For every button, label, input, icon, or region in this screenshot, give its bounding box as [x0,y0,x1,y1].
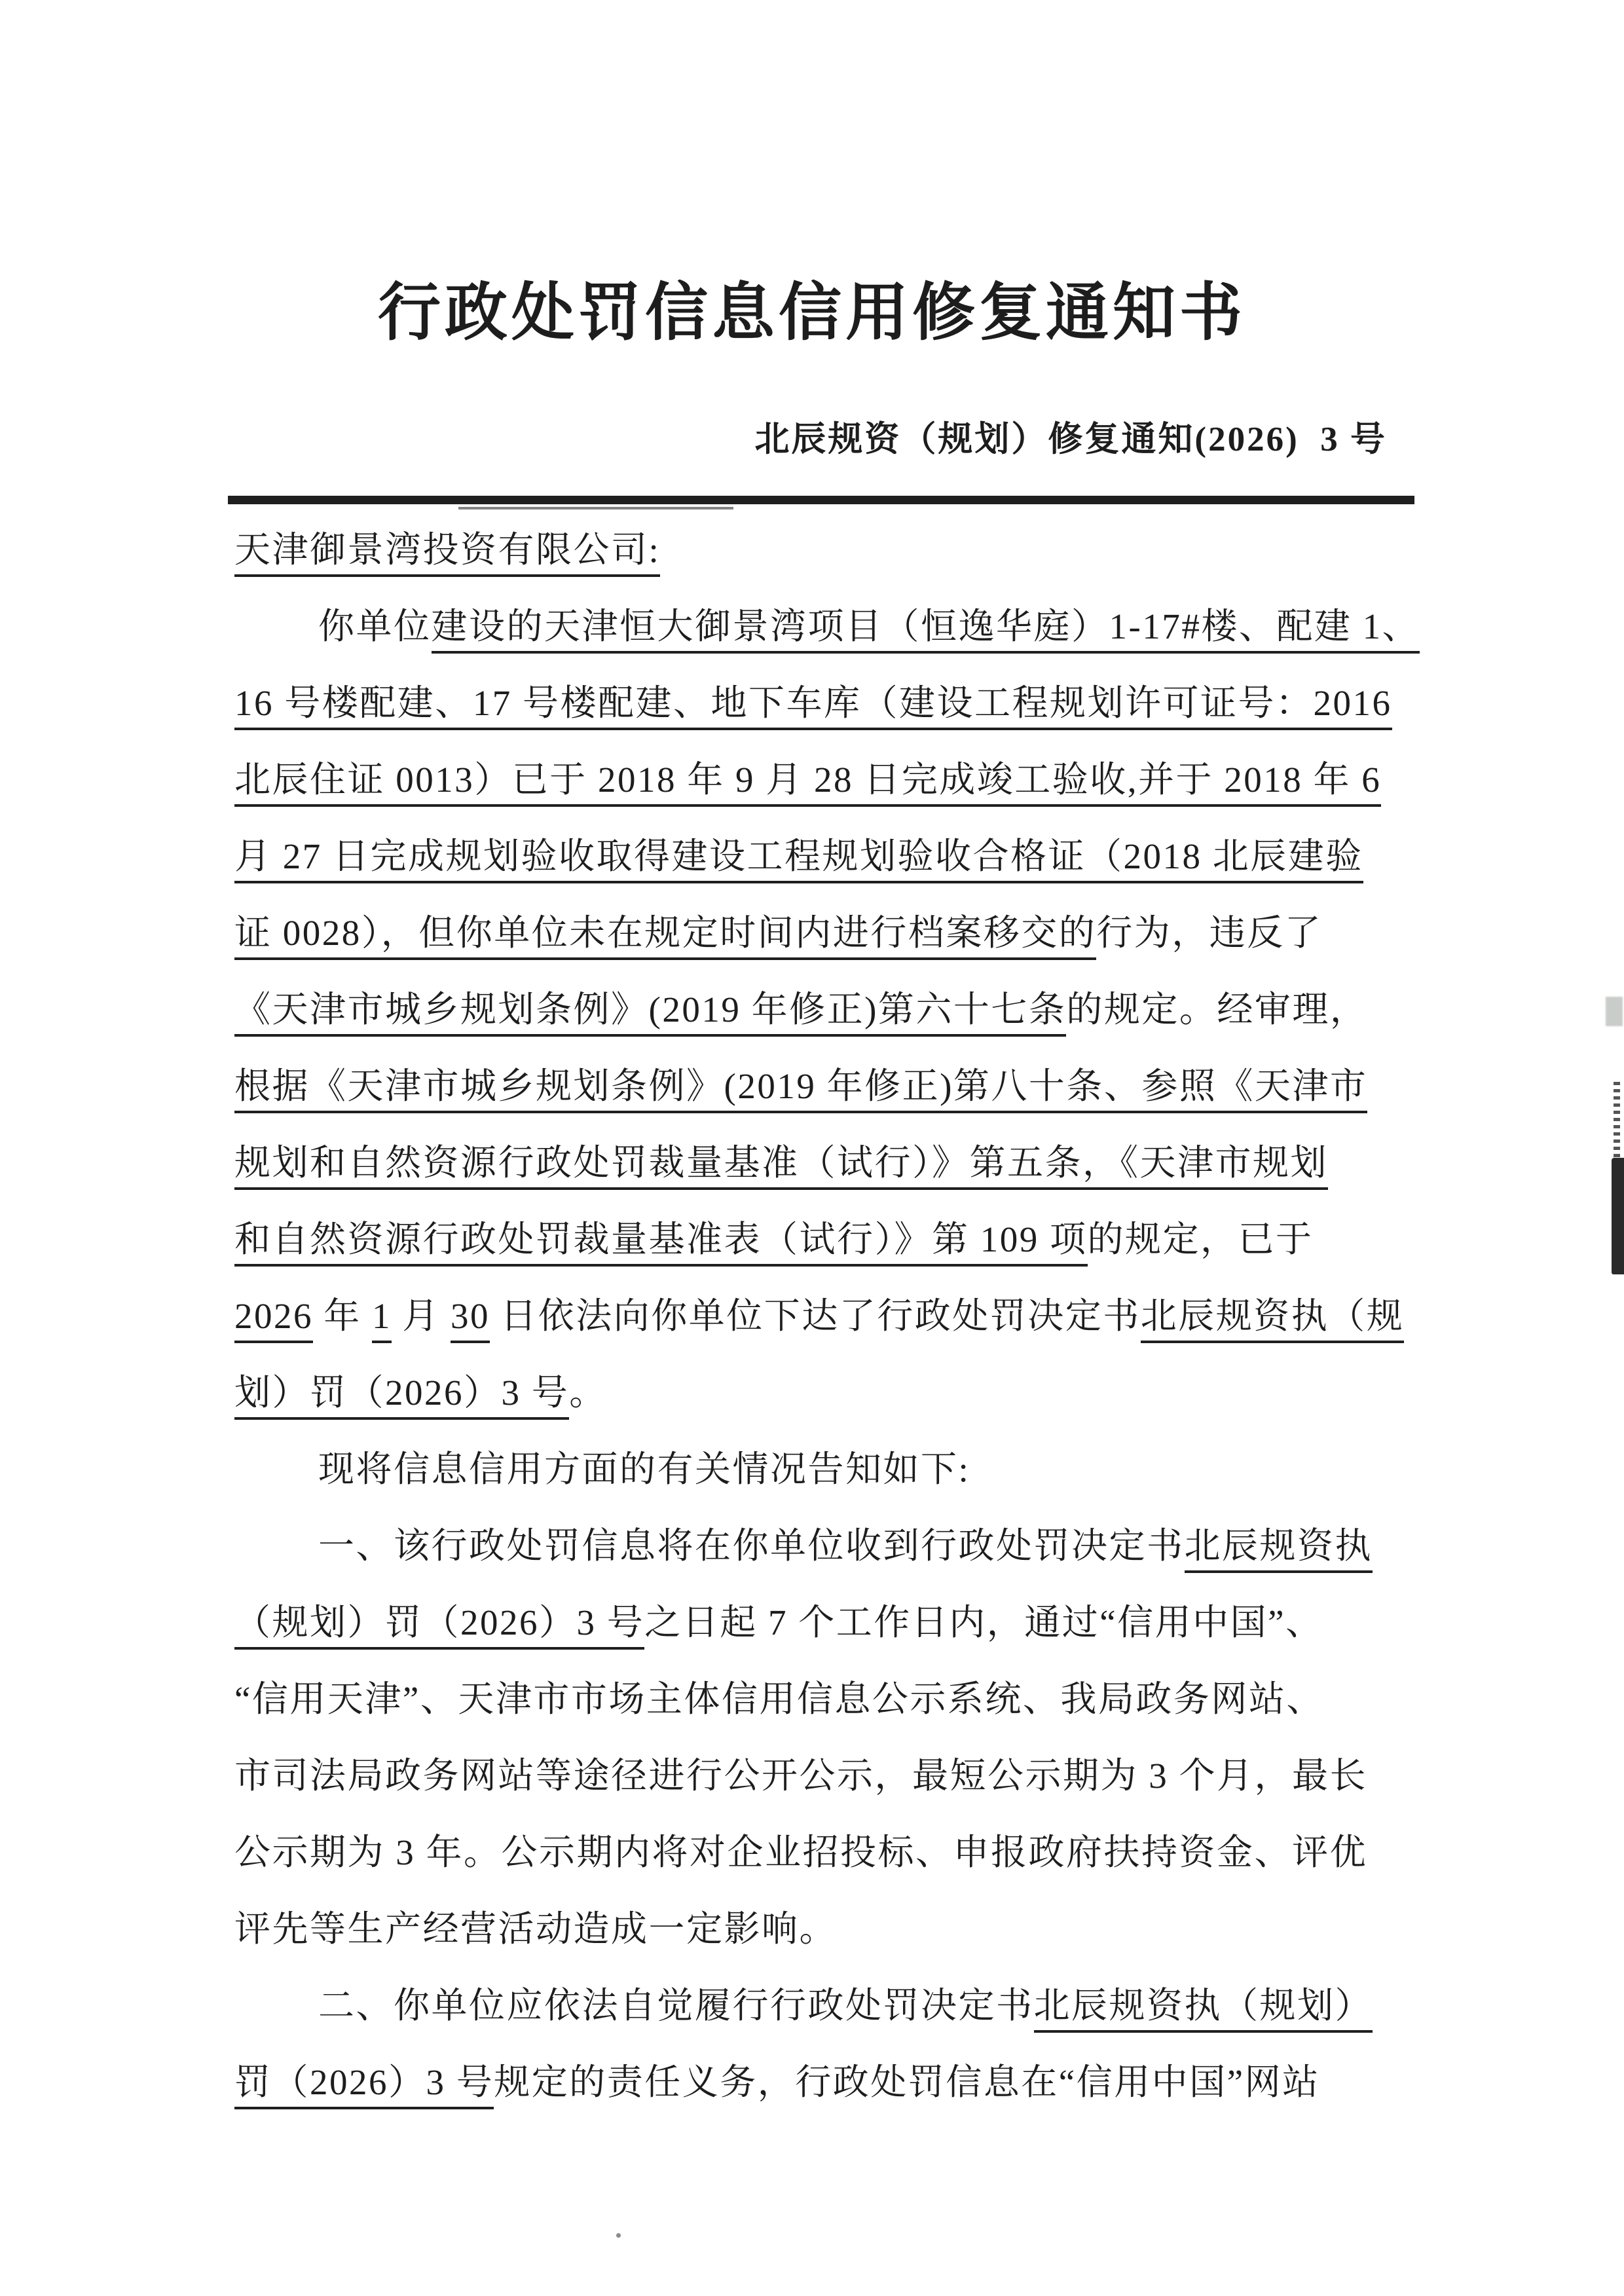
text-line: 评先等生产经营活动造成一定影响。 [234,1891,1395,1967]
underlined-text: 北辰住证 0013）已于 2018 年 9 月 28 日完成竣工验收,并于 20… [234,760,1381,807]
header-rule [228,496,1414,504]
text-segment: 。 [569,1373,607,1413]
underlined-text: 北辰规资执（规 [1141,1296,1405,1343]
scan-artifact-gray-patch [1606,997,1623,1026]
text-segment: 市司法局政务网站等途径进行公开公示，最短公示期为 3 个月，最长 [234,1756,1367,1796]
underlined-text: 2026 [234,1296,313,1343]
text-line: 公示期为 3 年。公示期内将对企业招投标、申报政府扶持资金、评优 [234,1814,1395,1891]
document-page: 行政处罚信息信用修复通知书 北辰规资（规划）修复通知(2026) 3 号 天津御… [0,0,1624,2296]
underlined-text: 北辰规资执（规划） [1034,1986,1373,2033]
scan-artifact-speck [616,2233,621,2238]
text-segment: 现将信息信用方面的有关情况告知如下: [318,1449,970,1489]
text-line: 规划和自然资源行政处罚裁量基准（试行）》第五条，《天津市规划 [234,1124,1395,1201]
text-segment: 的规定，已于 [1088,1219,1314,1259]
underlined-text: 《天津市城乡规划条例》(2019 年修正)第六十七条 [234,990,1066,1037]
underlined-text: 罚（2026）3 号 [234,2062,494,2109]
text-line: 《天津市城乡规划条例》(2019 年修正)第六十七条的规定。经审理， [234,971,1395,1048]
text-line: 北辰住证 0013）已于 2018 年 9 月 28 日完成竣工验收,并于 20… [234,741,1395,818]
text-segment: 一、该行政处罚信息将在你单位收到行政处罚决定书 [318,1526,1185,1566]
underlined-text: 根据《天津市城乡规划条例》(2019 年修正)第八十条、参照《天津市 [234,1066,1367,1113]
text-line: 罚（2026）3 号规定的责任义务，行政处罚信息在“信用中国”网站 [234,2044,1395,2120]
document-title: 行政处罚信息信用修复通知书 [0,277,1624,349]
text-line: 证 0028），但你单位未在规定时间内进行档案移交的行为，违反了 [234,895,1395,971]
text-segment: 你单位 [318,606,432,646]
text-line: 天津御景湾投资有限公司: [234,511,1395,588]
text-line: “信用天津”、天津市市场主体信用信息公示系统、我局政务网站、 [234,1661,1395,1737]
text-line: 市司法局政务网站等途径进行公开公示，最短公示期为 3 个月，最长 [234,1737,1395,1814]
text-line: （规划）罚（2026）3 号之日起 7 个工作日内，通过“信用中国”、 [234,1584,1395,1661]
scan-artifact-dotted-strip [1614,1082,1620,1159]
text-line: 根据《天津市城乡规划条例》(2019 年修正)第八十条、参照《天津市 [234,1048,1395,1124]
underlined-text: 北辰规资执 [1185,1526,1373,1573]
text-segment: 二、你单位应依法自觉履行行政处罚决定书 [318,1986,1034,2026]
underlined-text: 建设的天津恒大御景湾项目（恒逸华庭）1-17#楼、配建 1、 [432,606,1420,654]
text-line: 月 27 日完成规划验收取得建设工程规划验收合格证（2018 北辰建验 [234,818,1395,895]
text-segment: 月 [392,1296,451,1336]
text-segment: 公示期为 3 年。公示期内将对企业招投标、申报政府扶持资金、评优 [234,1832,1367,1872]
text-segment: 年 [313,1296,372,1336]
text-segment: 的规定。经审理， [1066,990,1367,1029]
underlined-text: 月 27 日完成规划验收取得建设工程规划验收合格证（2018 北辰建验 [234,836,1363,883]
header-rule-scan-fragment [458,507,733,509]
underlined-text: 划）罚（2026）3 号 [234,1373,569,1420]
document-number: 北辰规资（规划）修复通知(2026) 3 号 [754,418,1387,461]
text-line: 和自然资源行政处罚裁量基准表（试行）》第 109 项的规定，已于 [234,1201,1395,1278]
text-segment: 评先等生产经营活动造成一定影响。 [234,1909,837,1949]
text-line: 一、该行政处罚信息将在你单位收到行政处罚决定书北辰规资执 [234,1508,1395,1584]
underlined-text: 天津御景湾投资有限公司: [234,530,660,577]
text-line: 16 号楼配建、17 号楼配建、地下车库（建设工程规划许可证号：2016 [234,665,1395,741]
text-segment: 日依法向你单位下达了行政处罚决定书 [490,1296,1141,1336]
text-line: 现将信息信用方面的有关情况告知如下: [234,1431,1395,1508]
text-segment: “信用天津”、天津市市场主体信用信息公示系统、我局政务网站、 [234,1679,1324,1719]
underlined-text: （规划）罚（2026）3 号 [234,1602,644,1650]
scan-artifact-dark-band [1612,1158,1624,1274]
text-segment: 规定的责任义务，行政处罚信息在“信用中国”网站 [494,2062,1319,2102]
text-segment: 之日起 7 个工作日内，通过“信用中国”、 [644,1602,1323,1642]
underlined-text: 证 0028），但你单位未在规定时间内进行档案移交的 [234,913,1096,960]
text-line: 二、你单位应依法自觉履行行政处罚决定书北辰规资执（规划） [234,1967,1395,2044]
text-line: 你单位建设的天津恒大御景湾项目（恒逸华庭）1-17#楼、配建 1、 [234,588,1395,665]
underlined-text: 30 [451,1296,490,1343]
text-segment: 行为，违反了 [1096,913,1322,953]
document-body: 天津御景湾投资有限公司:你单位建设的天津恒大御景湾项目（恒逸华庭）1-17#楼、… [234,511,1395,2120]
text-line: 划）罚（2026）3 号。 [234,1354,1395,1431]
underlined-text: 和自然资源行政处罚裁量基准表（试行）》第 109 项 [234,1219,1088,1267]
underlined-text: 1 [372,1296,392,1343]
underlined-text: 规划和自然资源行政处罚裁量基准（试行）》第五条，《天津市规划 [234,1143,1328,1190]
text-line: 2026 年 1 月 30 日依法向你单位下达了行政处罚决定书北辰规资执（规 [234,1278,1395,1354]
underlined-text: 16 号楼配建、17 号楼配建、地下车库（建设工程规划许可证号：2016 [234,683,1392,730]
